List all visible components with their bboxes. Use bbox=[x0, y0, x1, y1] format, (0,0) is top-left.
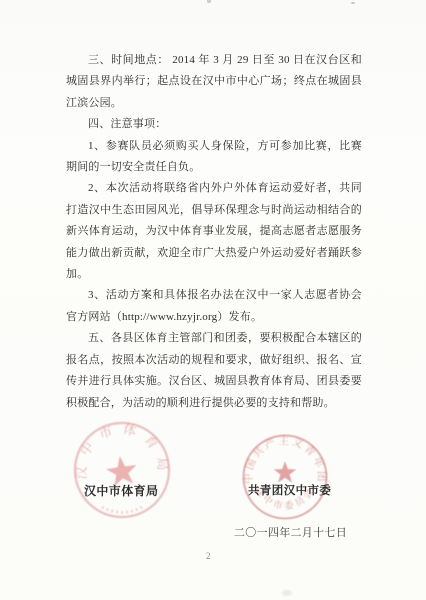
scan-artifact bbox=[351, 2, 355, 4]
paragraph: 1、参赛队员必须购买人身保险，方可参加比赛，比赛期间的一切安全责任自负。 bbox=[66, 136, 362, 179]
paragraph: 五、各县区体育主管部门和团委，要积极配合本辖区的报名点，按照本次活动的规程和要求… bbox=[66, 328, 362, 414]
page-number: 2 bbox=[206, 551, 211, 561]
document-body: 三、时间地点： 2014 年 3 月 29 日至 30 日在汉台区和城固县界内举… bbox=[66, 50, 362, 414]
signature-sports-bureau: 汉中市体育局 bbox=[84, 482, 158, 499]
paragraph: 三、时间地点： 2014 年 3 月 29 日至 30 日在汉台区和城固县界内举… bbox=[66, 50, 362, 114]
document-date: 二〇一四年二月十七日 bbox=[234, 524, 347, 540]
paragraph: 四、注意事项： bbox=[66, 114, 362, 135]
paragraph: 3、活动方案和具体报名办法在汉中一家人志愿者协会官方网站（http://www.… bbox=[66, 285, 362, 328]
seal-star-icon bbox=[274, 461, 297, 483]
scan-artifact bbox=[282, 590, 292, 596]
official-seal-sports-bureau: 汉中市体育局 bbox=[67, 415, 177, 525]
scan-artifact bbox=[207, 0, 211, 3]
scanned-page: 三、时间地点： 2014 年 3 月 29 日至 30 日在汉台区和城固县界内举… bbox=[0, 0, 426, 600]
paragraph: 2、本次活动将联络省内外户外体育运动爱好者，共同打造汉中生态田园风光，倡导环保理… bbox=[66, 178, 362, 285]
official-seal-youth-league: 中国共产主义青年团 汉中市委员会 bbox=[237, 429, 333, 525]
signature-youth-league: 共青团汉中市委 bbox=[248, 482, 331, 498]
